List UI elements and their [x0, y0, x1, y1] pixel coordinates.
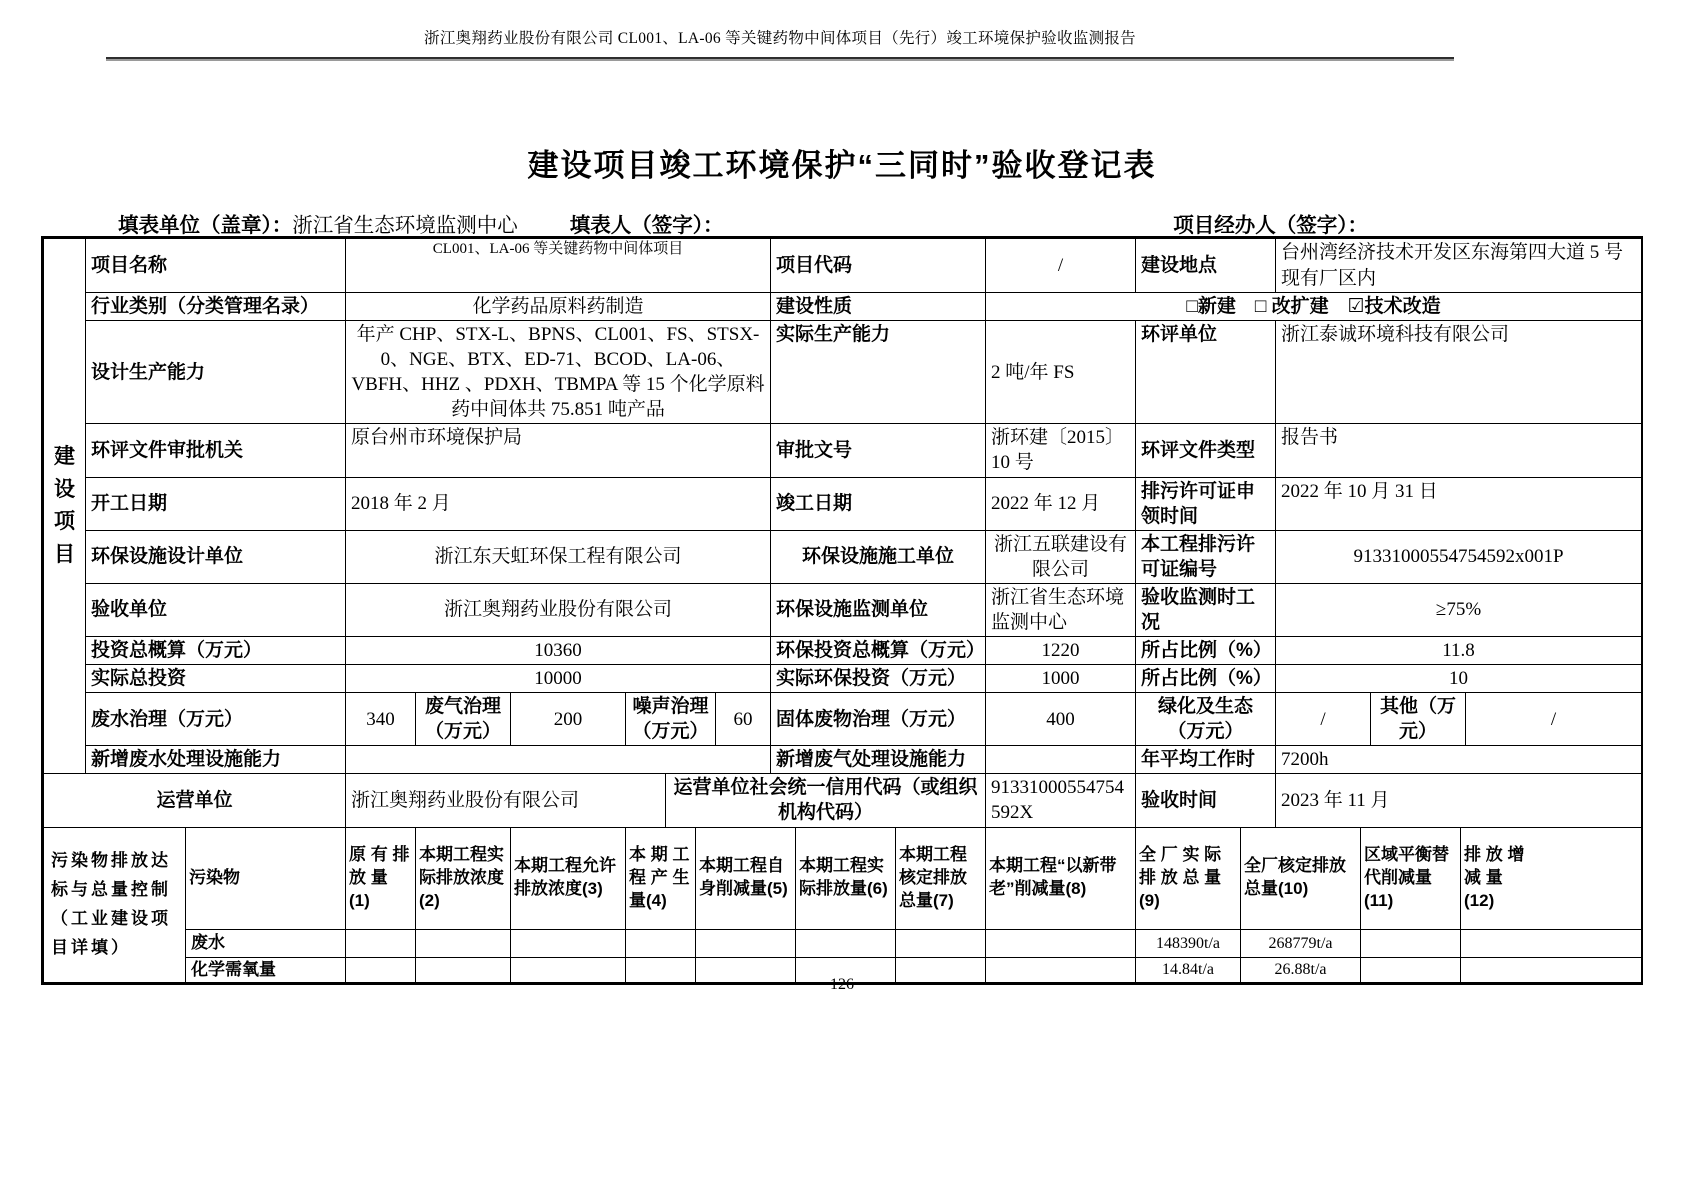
header-plant-actual-total: 全 厂 实 际 排 放 总 量 (9) — [1136, 827, 1241, 929]
construction-side-label: 建设项目 — [44, 239, 86, 774]
solid-waste-treat-label: 固体废物治理（万元） — [771, 693, 986, 746]
project-name-label: 项目名称 — [86, 239, 346, 293]
budget-label: 投资总概算（万元） — [86, 637, 346, 665]
monitor-unit-value: 浙江省生态环境监测中心 — [986, 583, 1136, 636]
document-page: 浙江奥翔药业股份有限公司 CL001、LA-06 等关键药物中间体项目（先行）竣… — [0, 0, 1684, 1190]
nature-label: 建设性质 — [771, 293, 986, 321]
header-actual-discharge: 本期工程实际排放量(6) — [796, 827, 896, 929]
budget-value: 10360 — [346, 637, 771, 665]
cell — [986, 929, 1136, 957]
eia-approval-value: 原台州市环境保护局 — [346, 424, 771, 477]
ratio2-label: 所占比例（%） — [1136, 665, 1276, 693]
page-title: 建设项目竣工环境保护“三同时”验收登记表 — [0, 140, 1684, 185]
header-rule — [106, 57, 1454, 61]
permit-no-label: 本工程排污许可证编号 — [1136, 530, 1276, 583]
header-self-reduction: 本期工程自身削减量(5) — [696, 827, 796, 929]
actual-invest-label: 实际总投资 — [86, 665, 346, 693]
ratio2-value: 10 — [1276, 665, 1642, 693]
design-unit-label: 环保设施设计单位 — [86, 530, 346, 583]
actual-capacity-value: 2 吨/年 FS — [986, 321, 1136, 424]
industry-value: 化学药品原料药制造 — [346, 293, 771, 321]
acceptance-time-label: 验收时间 — [1136, 774, 1276, 827]
design-unit-value: 浙江东天虹环保工程有限公司 — [346, 530, 771, 583]
construction-unit-label: 环保设施施工单位 — [771, 530, 986, 583]
actual-invest-value: 10000 — [346, 665, 771, 693]
header-project-output: 本 期 工 程 产 生 量(4) — [626, 827, 696, 929]
new-wastewater-value — [346, 746, 771, 774]
cell — [346, 929, 416, 957]
completion-date-value: 2022 年 12 月 — [986, 477, 1136, 530]
monitor-unit-label: 环保设施监测单位 — [771, 583, 986, 636]
operation-section: 运营单位 浙江奥翔药业股份有限公司 运营单位社会统一信用代码（或组织机构代码） … — [43, 773, 1642, 827]
waste-gas-treat-label: 废气治理（万元） — [416, 693, 511, 746]
project-code-value: / — [986, 239, 1136, 293]
credit-code-label: 运营单位社会统一信用代码（或组织机构代码） — [666, 774, 986, 827]
nature-value: □新建 □ 改扩建 ☑技术改造 — [986, 293, 1642, 321]
pollutant-name: 废水 — [186, 929, 346, 957]
project-code-label: 项目代码 — [771, 239, 986, 293]
project-name-value: CL001、LA-06 等关键药物中间体项目 — [346, 239, 771, 293]
completion-date-label: 竣工日期 — [771, 477, 986, 530]
fill-unit-value: 浙江省生态环境监测中心 — [292, 208, 518, 238]
cell — [1461, 929, 1642, 957]
eia-approval-label: 环评文件审批机关 — [86, 424, 346, 477]
approval-no-value: 浙环建〔2015〕10 号 — [986, 424, 1136, 477]
noise-treat-value: 60 — [716, 693, 771, 746]
operation-unit-label: 运营单位 — [44, 774, 346, 827]
eia-unit-label: 环评单位 — [1136, 321, 1276, 424]
actual-env-invest-value: 1000 — [986, 665, 1136, 693]
wastewater-treat-value: 340 — [346, 693, 416, 746]
solid-waste-treat-value: 400 — [986, 693, 1136, 746]
cell-plant-actual-total: 148390t/a — [1136, 929, 1241, 957]
condition-label: 验收监测时工况 — [1136, 583, 1276, 636]
start-date-value: 2018 年 2 月 — [346, 477, 771, 530]
greening-value: / — [1276, 693, 1371, 746]
header-plant-approved-total: 全厂核定排放总量(10) — [1241, 827, 1361, 929]
pollution-side-label: 污染物排放达标与总量控制（工业建设项目详填） — [44, 827, 186, 982]
new-waste-gas-value — [986, 746, 1136, 774]
cell — [511, 929, 626, 957]
cell — [896, 929, 986, 957]
pollutant-header: 污染物 — [186, 827, 346, 929]
design-capacity-label: 设计生产能力 — [86, 321, 346, 424]
operation-unit-value: 浙江奥翔药业股份有限公司 — [346, 774, 666, 827]
header-discharge-change: 排 放 增 减 量 (12) — [1461, 827, 1642, 929]
table-row-wastewater: 废水 148390t/a 268779t/a — [44, 929, 1642, 957]
industry-label: 行业类别（分类管理名录） — [86, 293, 346, 321]
acceptance-unit-value: 浙江奥翔药业股份有限公司 — [346, 583, 771, 636]
handler-label: 项目经办人（签字）： — [1173, 208, 1368, 238]
start-date-label: 开工日期 — [86, 477, 346, 530]
actual-capacity-label: 实际生产能力 — [771, 321, 986, 424]
new-wastewater-label: 新增废水处理设施能力 — [86, 746, 346, 774]
other-treat-label: 其他（万元） — [1371, 693, 1466, 746]
approval-no-label: 审批文号 — [771, 424, 986, 477]
actual-env-invest-label: 实际环保投资（万元） — [771, 665, 986, 693]
cell-plant-approved-total: 268779t/a — [1241, 929, 1361, 957]
location-value: 台州湾经济技术开发区东海第四大道 5 号现有厂区内 — [1276, 239, 1642, 293]
cell — [416, 929, 511, 957]
wastewater-treat-label: 废水治理（万元） — [86, 693, 346, 746]
header-old-for-new-reduction: 本期工程“以新带老”削减量(8) — [986, 827, 1136, 929]
running-header: 浙江奥翔药业股份有限公司 CL001、LA-06 等关键药物中间体项目（先行）竣… — [106, 26, 1454, 61]
permit-date-label: 排污许可证申领时间 — [1136, 477, 1276, 530]
header-original-discharge: 原 有 排 放 量 (1) — [346, 827, 416, 929]
new-waste-gas-label: 新增废气处理设施能力 — [771, 746, 986, 774]
cell — [1361, 929, 1461, 957]
env-budget-value: 1220 — [986, 637, 1136, 665]
ratio1-value: 11.8 — [1276, 637, 1642, 665]
header-approved-total: 本期工程核定排放总量(7) — [896, 827, 986, 929]
header-allowed-concentration: 本期工程允许排放浓度(3) — [511, 827, 626, 929]
construction-unit-value: 浙江五联建设有限公司 — [986, 530, 1136, 583]
eia-doc-type-value: 报告书 — [1276, 424, 1642, 477]
header-regional-substitute-reduction: 区域平衡替代削减量(11) — [1361, 827, 1461, 929]
noise-treat-label: 噪声治理（万元） — [626, 693, 716, 746]
ratio1-label: 所占比例（%） — [1136, 637, 1276, 665]
permit-no-value: 91331000554754592x001P — [1276, 530, 1642, 583]
running-header-text: 浙江奥翔药业股份有限公司 CL001、LA-06 等关键药物中间体项目（先行）竣… — [106, 26, 1454, 48]
greening-label: 绿化及生态（万元） — [1136, 693, 1276, 746]
acceptance-unit-label: 验收单位 — [86, 583, 346, 636]
pollution-section: 污染物排放达标与总量控制（工业建设项目详填） 污染物 原 有 排 放 量 (1)… — [43, 827, 1642, 983]
annual-hours-value: 7200h — [1276, 746, 1642, 774]
registration-table: 建设项目 项目名称 CL001、LA-06 等关键药物中间体项目 项目代码 / … — [41, 236, 1643, 985]
page-number: 126 — [0, 976, 1684, 994]
location-label: 建设地点 — [1136, 239, 1276, 293]
acceptance-time-value: 2023 年 11 月 — [1276, 774, 1642, 827]
env-budget-label: 环保投资总概算（万元） — [771, 637, 986, 665]
other-treat-value: / — [1466, 693, 1642, 746]
design-capacity-value: 年产 CHP、STX-L、BPNS、CL001、FS、STSX-0、NGE、BT… — [346, 321, 771, 424]
permit-date-value: 2022 年 10 月 31 日 — [1276, 477, 1642, 530]
condition-value: ≥75% — [1276, 583, 1642, 636]
cell — [696, 929, 796, 957]
fill-person-label: 填表人（签字）： — [570, 208, 724, 238]
annual-hours-label: 年平均工作时 — [1136, 746, 1276, 774]
eia-unit-value: 浙江泰诚环境科技有限公司 — [1276, 321, 1642, 424]
header-actual-concentration: 本期工程实际排放浓度(2) — [416, 827, 511, 929]
construction-section: 建设项目 项目名称 CL001、LA-06 等关键药物中间体项目 项目代码 / … — [43, 238, 1642, 774]
cell — [626, 929, 696, 957]
cell — [796, 929, 896, 957]
credit-code-value: 91331000554754592X — [986, 774, 1136, 827]
form-meta-line: 填表单位（盖章）： 浙江省生态环境监测中心 填表人（签字）： 项目经办人（签字）… — [118, 208, 1684, 238]
waste-gas-treat-value: 200 — [511, 693, 626, 746]
eia-doc-type-label: 环评文件类型 — [1136, 424, 1276, 477]
fill-unit-label: 填表单位（盖章）： — [118, 208, 292, 238]
